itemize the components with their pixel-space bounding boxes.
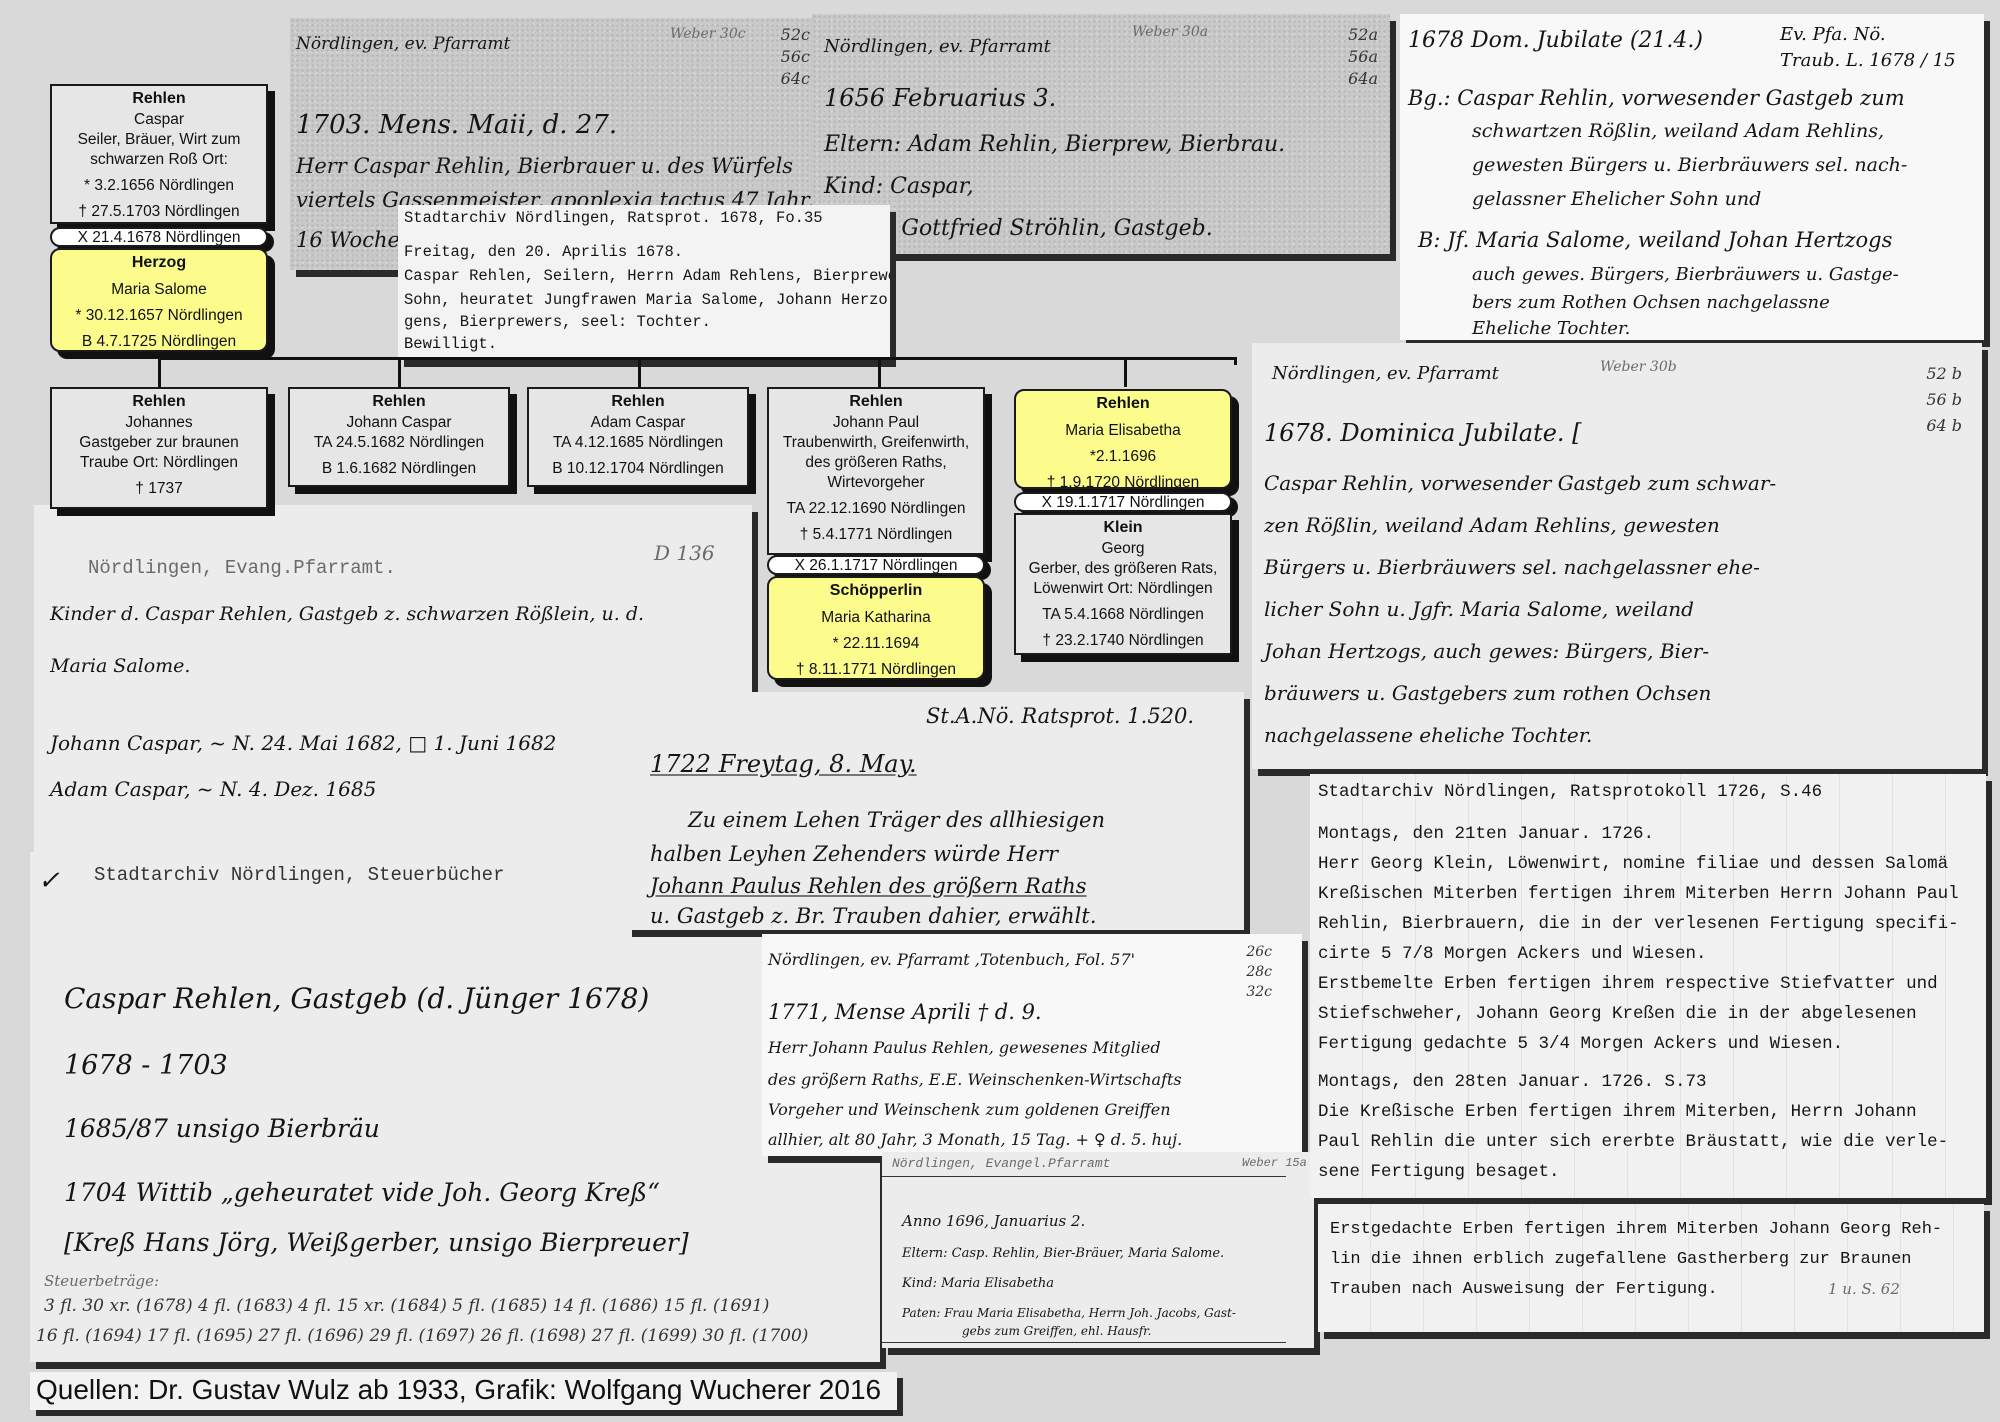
document-council-1726: Stadtarchiv Nördlingen, Ratsprotokoll 17… — [1310, 774, 1986, 1198]
doc-line: lin die ihnen erblich zugefallene Gasthe… — [1330, 1250, 1912, 1269]
given-name: Adam Caspar — [529, 413, 747, 433]
given-name: Maria Salome — [52, 280, 266, 300]
doc-line: B: Jf. Maria Salome, weiland Johan Hertz… — [1418, 228, 1892, 252]
given-name: Johann Paul — [769, 413, 983, 433]
doc-header: Stadtarchiv Nördlingen, Steuerbücher — [94, 864, 504, 886]
tax-row: 3 fl. 30 xr. (1678) 4 fl. (1683) 4 fl. 1… — [44, 1296, 769, 1316]
person-child-adam-caspar[interactable]: Rehlen Adam Caspar TA 4.12.1685 Nördling… — [527, 387, 749, 487]
doc-ref: Weber 30c — [670, 26, 746, 42]
doc-line: Erstgedachte Erben fertigen ihrem Miterb… — [1330, 1220, 1942, 1239]
death-event: † 5.4.1771 Nördlingen — [769, 525, 983, 545]
doc-line: Rehlin, Bierbrauern, die in der verlesen… — [1318, 914, 1959, 934]
doc-line: Montags, den 28ten Januar. 1726. S.73 — [1318, 1072, 1707, 1092]
doc-line: Trauben nach Ausweisung der Fertigung. — [1330, 1280, 1718, 1299]
doc-line: zen Rößlin, weiland Adam Rehlins, gewest… — [1264, 513, 1720, 537]
marriage-johann-paul: X 26.1.1717 Nördlingen — [767, 555, 985, 575]
occupation: Seiler, Bräuer, Wirt zum — [52, 130, 266, 150]
tree-connector — [158, 357, 161, 387]
burial-event: B 1.6.1682 Nördlingen — [290, 459, 508, 479]
doc-line: 1678. Dominica Jubilate. [ — [1264, 419, 1582, 447]
person-spouse-georg-klein[interactable]: Klein Georg Gerber, des größeren Rats, L… — [1014, 513, 1232, 655]
doc-line: Montags, den 21ten Januar. 1726. — [1318, 824, 1654, 844]
surname: Schöpperlin — [769, 580, 983, 602]
person-child-johann-paul[interactable]: Rehlen Johann Paul Traubenwirth, Greifen… — [767, 387, 985, 555]
death-event: † 27.5.1703 Nördlingen — [52, 202, 266, 222]
given-name: Caspar — [52, 110, 266, 130]
document-baptism-1656: Nördlingen, ev. Pfarramt Weber 30a 52a56… — [812, 14, 1390, 254]
doc-header: Stadtarchiv Nördlingen, Ratsprot. 1678, … — [404, 209, 823, 227]
doc-line: nachgelassene eheliche Tochter. — [1264, 723, 1592, 747]
birth-event: * 3.2.1656 Nördlingen — [52, 176, 266, 196]
doc-line: gens, Bierprewers, seel: Tochter. — [404, 313, 711, 331]
doc-line: sene Fertigung besaget. — [1318, 1162, 1560, 1182]
doc-line: bräuwers u. Gastgebers zum rothen Ochsen — [1264, 681, 1711, 705]
doc-line: Herr Caspar Rehlin, Bierbrauer u. des Wü… — [296, 154, 793, 178]
doc-line: schwartzen Rößlin, weiland Adam Rehlins, — [1472, 120, 1884, 142]
doc-line: Vorgeher und Weinschenk zum goldenen Gre… — [768, 1100, 1171, 1119]
doc-line: Caspar Rehlin, vorwesender Gastgeb zum s… — [1264, 471, 1776, 495]
doc-header: Nördlingen, ev. Pfarramt — [296, 34, 510, 54]
doc-codes: 52a56a64a — [1322, 24, 1378, 90]
doc-line: Herr Johann Paulus Rehlen, gewesenes Mit… — [768, 1038, 1161, 1057]
doc-header: Nördlingen, ev. Pfarramt ,Totenbuch, Fol… — [768, 950, 1135, 969]
doc-ref: St.A.Nö. Ratsprot. 1.520. — [926, 704, 1194, 728]
doc-line: 1771, Mense Aprili † d. 9. — [768, 1000, 1042, 1024]
doc-line: Zu einem Lehen Träger des allhiesigen — [688, 808, 1105, 832]
doc-line: Steuerbeträge: — [44, 1272, 159, 1290]
doc-header: Stadtarchiv Nördlingen, Ratsprotokoll 17… — [1318, 782, 1822, 802]
doc-line: Die Kreßische Erben fertigen ihrem Miter… — [1318, 1102, 1917, 1122]
doc-line: Eltern: Adam Rehlin, Bierprew, Bierbrau. — [824, 132, 1285, 157]
surname: Klein — [1016, 517, 1230, 539]
person-mother-maria-salome-herzog[interactable]: Herzog Maria Salome * 30.12.1657 Nördlin… — [50, 248, 268, 352]
occupation: Traube Ort: Nördlingen — [52, 453, 266, 473]
doc-line: 1722 Freytag, 8. May. — [650, 750, 917, 778]
doc-line: Johann Caspar, ~ N. 24. Mai 1682, □ 1. J… — [50, 731, 556, 755]
birth-event: *2.1.1696 — [1016, 447, 1230, 467]
doc-line: 1704 Wittib „geheuratet vide Joh. Georg … — [64, 1178, 660, 1207]
doc-line: bers zum Rothen Ochsen nachgelassne — [1472, 292, 1830, 313]
marriage-parents: X 21.4.1678 Nördlingen — [50, 227, 268, 247]
doc-line: Bürgers u. Bierbräuwers sel. nachgelassn… — [1264, 555, 1760, 579]
doc-header: Nördlingen, Evang.Pfarramt. — [88, 557, 396, 579]
person-child-maria-elisabetha[interactable]: Rehlen Maria Elisabetha *2.1.1696 † 1.9.… — [1014, 389, 1232, 489]
person-child-johann-caspar[interactable]: Rehlen Johann Caspar TA 24.5.1682 Nördli… — [288, 387, 510, 487]
doc-header: Nördlingen, Evangel.Pfarramt — [892, 1156, 1110, 1171]
doc-line: Paten: Frau Maria Elisabetha, Herrn Joh.… — [902, 1306, 1236, 1320]
doc-ref: Weber 30a — [1132, 24, 1208, 40]
death-event: † 8.11.1771 Nördlingen — [769, 660, 983, 680]
doc-ref: Weber 30b — [1600, 359, 1677, 375]
doc-ref: Weber 15a — [1242, 1156, 1307, 1170]
doc-line: Caspar Rehlen, Seilern, Herrn Adam Rehle… — [404, 267, 890, 285]
baptism-event: TA 22.12.1690 Nördlingen — [769, 499, 983, 519]
doc-line: Freitag, den 20. Aprilis 1678. — [404, 243, 683, 261]
doc-line: cirte 5 7/8 Morgen Ackers und Wiesen. — [1318, 944, 1707, 964]
doc-header: Nördlingen, ev. Pfarramt — [1272, 363, 1499, 384]
sources-caption: Quellen: Dr. Gustav Wulz ab 1933, Grafik… — [30, 1372, 897, 1410]
doc-line: des größern Raths, E.E. Weinschenken-Wir… — [768, 1070, 1182, 1089]
doc-line: Stiefschweher, Johann Georg Kreßen die i… — [1318, 1004, 1917, 1024]
doc-line: Kind: Caspar, — [824, 174, 974, 199]
given-name: Maria Elisabetha — [1016, 421, 1230, 441]
given-name: Johann Caspar — [290, 413, 508, 433]
death-event: † 1.9.1720 Nördlingen — [1016, 473, 1230, 493]
person-spouse-maria-katharina-schoepperlin[interactable]: Schöpperlin Maria Katharina * 22.11.1694… — [767, 576, 985, 680]
tree-connector — [878, 357, 881, 387]
doc-line: Anno 1696, Januarius 2. — [902, 1212, 1085, 1230]
baptism-event: TA 4.12.1685 Nördlingen — [529, 433, 747, 453]
document-council-1726-addendum: Erstgedachte Erben fertigen ihrem Miterb… — [1318, 1204, 1984, 1332]
surname: Rehlen — [52, 391, 266, 413]
doc-line: gelassner Ehelicher Sohn und — [1472, 188, 1761, 210]
surname: Rehlen — [769, 391, 983, 413]
document-marriage-1678: 1678 Dom. Jubilate (21.4.) Ev. Pfa. Nö.T… — [1400, 14, 1984, 340]
doc-line: halben Leyhen Zehenders würde Herr — [650, 842, 1058, 866]
death-event: † 23.2.1740 Nördlingen — [1016, 631, 1230, 651]
occupation: Traubenwirth, Greifenwirth, — [769, 433, 983, 453]
tree-connector — [1124, 357, 1127, 387]
doc-line: Bg.: Caspar Rehlin, vorwesender Gastgeb … — [1408, 86, 1905, 110]
doc-line: 1678 Dom. Jubilate (21.4.) — [1408, 28, 1703, 53]
doc-line: Eltern: Casp. Rehlin, Bier-Bräuer, Maria… — [902, 1246, 1224, 1261]
person-father-caspar-rehlen[interactable]: Rehlen Caspar Seiler, Bräuer, Wirt zum s… — [50, 84, 268, 224]
doc-line: Bewilligt. — [404, 335, 497, 353]
marriage-maria-elisabetha: X 19.1.1717 Nördlingen — [1014, 492, 1232, 512]
tree-connector — [1234, 357, 1237, 365]
doc-ref: Ev. Pfa. Nö.Traub. L. 1678 / 15 — [1780, 22, 1960, 74]
occupation: Wirtevorgeher — [769, 473, 983, 493]
doc-line: Eheliche Tochter. — [1472, 318, 1630, 339]
check-mark-icon: ✓ — [38, 866, 60, 896]
doc-line: Johan Hertzogs, auch gewes: Bürgers, Bie… — [1264, 639, 1709, 663]
tax-row: 16 fl. (1694) 17 fl. (1695) 27 fl. (1696… — [36, 1326, 808, 1346]
document-council-1678: Stadtarchiv Nördlingen, Ratsprot. 1678, … — [398, 205, 890, 360]
doc-line: 1656 Februarius 3. — [824, 84, 1056, 112]
given-name: Georg — [1016, 539, 1230, 559]
burial-event: B 4.7.1725 Nördlingen — [52, 332, 266, 352]
doc-line: gewesten Bürgers u. Bierbräuwers sel. na… — [1472, 154, 1907, 176]
doc-line: 1703. Mens. Maii, d. 27. — [296, 110, 617, 140]
death-event: † 1737 — [52, 479, 266, 499]
surname: Herzog — [52, 252, 266, 274]
doc-codes: 52 b56 b64 b — [1912, 361, 1962, 439]
doc-codes: 52c56c64c — [760, 24, 810, 90]
doc-codes: 26c28c32c — [1232, 942, 1272, 1002]
doc-line: Johann Paulus Rehlen des größern Raths — [650, 874, 1087, 898]
given-name: Johannes — [52, 413, 266, 433]
doc-line: Adam Caspar, ~ N. 4. Dez. 1685 — [50, 777, 376, 801]
birth-event: * 30.12.1657 Nördlingen — [52, 306, 266, 326]
given-name: Maria Katharina — [769, 608, 983, 628]
baptism-event: TA 5.4.1668 Nördlingen — [1016, 605, 1230, 625]
document-baptism-1696: Nördlingen, Evangel.Pfarramt Weber 15a A… — [882, 1152, 1314, 1348]
doc-line: Kinder d. Caspar Rehlen, Gastgeb z. schw… — [50, 603, 644, 625]
document-council-1722: St.A.Nö. Ratsprot. 1.520. 1722 Freytag, … — [626, 692, 1244, 930]
doc-line: licher Sohn u. Jgfr. Maria Salome, weila… — [1264, 597, 1694, 621]
doc-line: Paul Rehlin die unter sich ererbte Bräus… — [1318, 1132, 1948, 1152]
surname: Rehlen — [52, 88, 266, 110]
doc-line: Kind: Maria Elisabetha — [902, 1276, 1054, 1291]
birth-event: * 22.11.1694 — [769, 634, 983, 654]
tree-connector — [158, 357, 1236, 360]
doc-line: Maria Salome. — [50, 655, 190, 677]
surname: Rehlen — [529, 391, 747, 413]
doc-line: allhier, alt 80 Jahr, 3 Monath, 15 Tag. … — [768, 1130, 1182, 1149]
doc-line: Erstbemelte Erben fertigen ihrem respect… — [1318, 974, 1938, 994]
person-child-johannes[interactable]: Rehlen Johannes Gastgeber zur braunen Tr… — [50, 387, 268, 509]
occupation: Gerber, des größeren Rats, — [1016, 559, 1230, 579]
baptism-event: TA 24.5.1682 Nördlingen — [290, 433, 508, 453]
occupation: Löwenwirt Ort: Nördlingen — [1016, 579, 1230, 599]
doc-line: Fertigung gedachte 5 3/4 Morgen Ackers u… — [1318, 1034, 1843, 1054]
occupation: schwarzen Roß Ort: — [52, 150, 266, 170]
occupation: des größeren Raths, — [769, 453, 983, 473]
tree-connector — [638, 357, 641, 387]
doc-ref: 1 u. S. 62 — [1828, 1280, 1900, 1298]
tree-connector — [398, 357, 401, 387]
doc-line: gebs zum Greiffen, ehl. Hausfr. — [962, 1324, 1151, 1338]
doc-line: 1685/87 unsigo Bierbräu — [64, 1114, 380, 1143]
doc-line: Sohn, heuratet Jungfrawen Maria Salome, … — [404, 291, 890, 309]
doc-line: Herr Georg Klein, Löwenwirt, nomine fili… — [1318, 854, 1948, 874]
surname: Rehlen — [1016, 393, 1230, 415]
occupation: Gastgeber zur braunen — [52, 433, 266, 453]
doc-line: u. Gastgeb z. Br. Trauben dahier, erwähl… — [650, 904, 1097, 928]
document-death-1771: Nördlingen, ev. Pfarramt ,Totenbuch, Fol… — [762, 934, 1302, 1156]
doc-line: Caspar Rehlen, Gastgeb (d. Jünger 1678) — [64, 982, 649, 1015]
doc-ref: D 136 — [654, 541, 715, 565]
surname: Rehlen — [290, 391, 508, 413]
burial-event: B 10.12.1704 Nördlingen — [529, 459, 747, 479]
doc-line: [Kreß Hans Jörg, Weißgerber, unsigo Bier… — [64, 1228, 689, 1257]
doc-header: Nördlingen, ev. Pfarramt — [824, 36, 1051, 57]
doc-line: 1678 - 1703 — [64, 1050, 228, 1081]
doc-line: auch gewes. Bürgers, Bierbräuwers u. Gas… — [1472, 264, 1899, 285]
document-marriage-1678-copy: Nördlingen, ev. Pfarramt Weber 30b 52 b5… — [1252, 343, 1982, 769]
doc-line: Kreßischen Miterben fertigen ihrem Miter… — [1318, 884, 1959, 904]
